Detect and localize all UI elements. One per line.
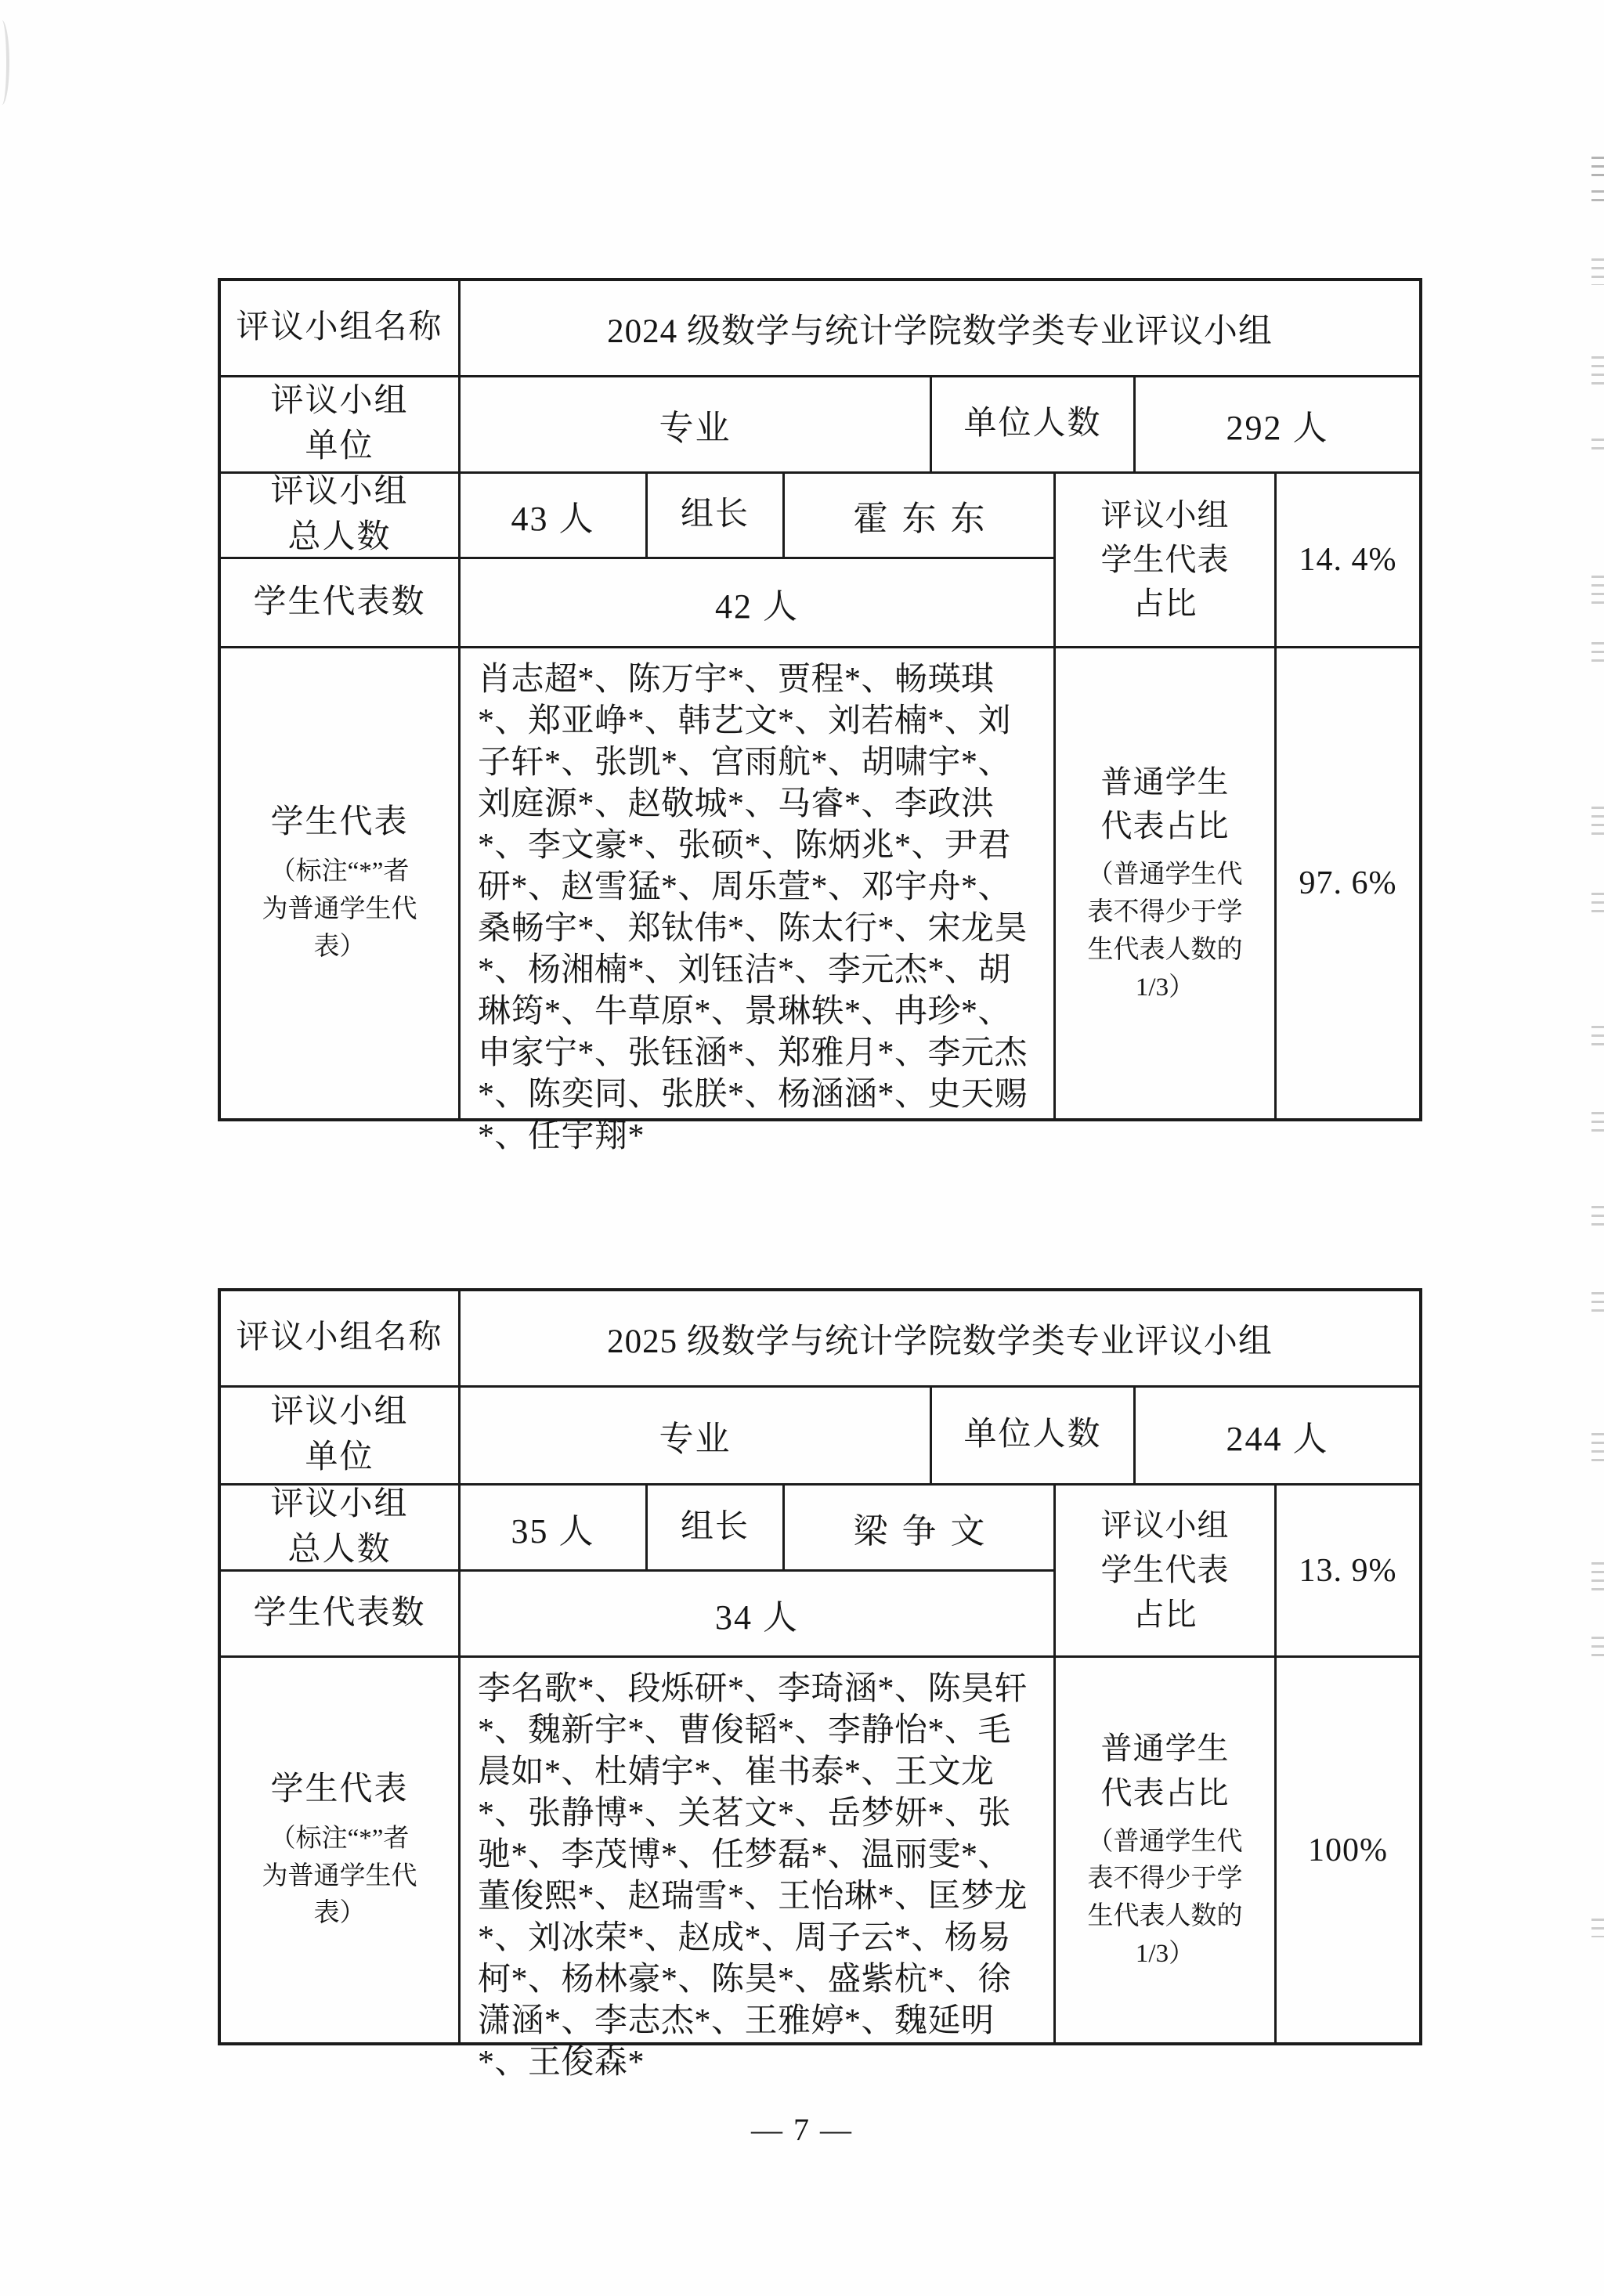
group-total-label: 评议小组 总人数 <box>270 470 408 561</box>
group-total-label-cell: 评议小组 总人数 <box>221 1486 461 1572</box>
leader-label: 组长 <box>681 1505 750 1551</box>
scan-artifact <box>1591 1919 1604 1937</box>
scan-artifact <box>1591 190 1604 204</box>
members-note: （标注“*”者 为普通学生代 表） <box>262 1821 417 1933</box>
rep-count-label-cell: 学生代表数 <box>221 1572 461 1658</box>
ordinary-ratio-value-cell: 97. 6% <box>1277 648 1419 1118</box>
rep-count-value-cell: 34 人 <box>461 1572 1056 1658</box>
ordinary-ratio-label: 普通学生 代表占比 <box>1101 1727 1230 1816</box>
scan-artifact <box>1591 1637 1604 1660</box>
ordinary-ratio-value: 100% <box>1308 1832 1388 1869</box>
members-list-cell: 肖志超*、陈万宇*、贾程*、畅瑛琪*、郑亚峥*、韩艺文*、刘若楠*、刘子轩*、张… <box>461 648 1056 1118</box>
members-label-cell: 学生代表 （标注“*”者 为普通学生代 表） <box>221 648 461 1118</box>
unit-count-label: 单位人数 <box>963 402 1101 447</box>
leader-name: 梁争文 <box>840 1503 999 1553</box>
rep-count-label-cell: 学生代表数 <box>221 559 461 648</box>
rep-count-value-cell: 42 人 <box>461 559 1056 648</box>
scan-artifact <box>1591 642 1604 666</box>
members-list-cell: 李名歌*、段烁研*、李琦涵*、陈昊轩*、魏新宇*、曹俊韬*、李静怡*、毛晨如*、… <box>461 1658 1056 2042</box>
unit-count-label-cell: 单位人数 <box>932 377 1136 474</box>
group-unit-value-cell: 专业 <box>461 377 932 474</box>
group-total-value: 35 人 <box>511 1503 595 1553</box>
rep-count-value: 34 人 <box>715 1589 799 1639</box>
leader-label-cell: 组长 <box>648 474 785 559</box>
leader-name-cell: 霍东东 <box>785 474 1056 559</box>
group-name-label: 评议小组名称 <box>236 305 443 351</box>
rep-ratio-value-cell: 14. 4% <box>1277 474 1419 648</box>
unit-count-value: 292 人 <box>1226 399 1329 449</box>
members-label-cell: 学生代表 （标注“*”者 为普通学生代 表） <box>221 1658 461 2042</box>
rep-count-label: 学生代表数 <box>253 1591 425 1637</box>
scan-artifact <box>1591 893 1604 916</box>
scan-artifact <box>1591 1433 1604 1464</box>
unit-count-value-cell: 244 人 <box>1136 1388 1419 1486</box>
scan-artifact <box>1591 1206 1604 1226</box>
ordinary-ratio-value: 97. 6% <box>1299 865 1397 902</box>
scan-artifact <box>1591 258 1604 285</box>
rep-ratio-label-cell: 评议小组 学生代表 占比 <box>1056 1486 1277 1658</box>
ordinary-ratio-note: （普通学生代 表不得少于学 生代表人数的 1/3） <box>1088 1824 1243 1973</box>
group-total-value: 43 人 <box>511 490 595 540</box>
scan-artifact <box>1591 157 1604 177</box>
ordinary-ratio-value-cell: 100% <box>1277 1658 1419 2042</box>
group-name-value: 2024 级数学与统计学院数学类专业评议小组 <box>607 305 1273 352</box>
members-label: 学生代表 <box>270 1767 408 1813</box>
rep-ratio-value-cell: 13. 9% <box>1277 1486 1419 1658</box>
group-unit-label: 评议小组 单位 <box>270 379 408 470</box>
review-group-table-2025: 评议小组名称 2025 级数学与统计学院数学类专业评议小组 评议小组 单位 专业… <box>218 1288 1422 2045</box>
unit-count-value: 244 人 <box>1226 1410 1329 1460</box>
members-note: （标注“*”者 为普通学生代 表） <box>262 854 417 966</box>
group-total-value-cell: 43 人 <box>461 474 648 559</box>
rep-ratio-label: 评议小组 学生代表 占比 <box>1101 493 1230 626</box>
group-unit-value: 专业 <box>659 1410 732 1460</box>
rep-ratio-value: 13. 9% <box>1299 1552 1397 1590</box>
scan-artifact <box>1591 576 1604 607</box>
group-unit-value-cell: 专业 <box>461 1388 932 1486</box>
ordinary-ratio-label-cell: 普通学生 代表占比 （普通学生代 表不得少于学 生代表人数的 1/3） <box>1056 1658 1277 2042</box>
group-unit-label: 评议小组 单位 <box>270 1390 408 1481</box>
leader-name-cell: 梁争文 <box>785 1486 1056 1572</box>
leader-label: 组长 <box>681 493 750 538</box>
scan-artifact <box>1591 356 1604 388</box>
unit-count-value-cell: 292 人 <box>1136 377 1419 474</box>
group-name-label: 评议小组名称 <box>236 1316 443 1361</box>
group-total-label: 评议小组 总人数 <box>270 1482 408 1573</box>
rep-ratio-label-cell: 评议小组 学生代表 占比 <box>1056 474 1277 648</box>
rep-count-value: 42 人 <box>715 578 799 628</box>
unit-count-label-cell: 单位人数 <box>932 1388 1136 1486</box>
group-total-value-cell: 35 人 <box>461 1486 648 1572</box>
ordinary-ratio-label-cell: 普通学生 代表占比 （普通学生代 表不得少于学 生代表人数的 1/3） <box>1056 648 1277 1118</box>
scan-artifact <box>1591 1026 1604 1048</box>
scan-artifact <box>1591 1292 1604 1316</box>
rep-ratio-value: 14. 4% <box>1299 541 1397 579</box>
rep-count-label: 学生代表数 <box>253 580 425 626</box>
group-unit-value: 专业 <box>659 399 732 449</box>
members-label: 学生代表 <box>270 800 408 846</box>
group-total-label-cell: 评议小组 总人数 <box>221 474 461 559</box>
members-list: 李名歌*、段烁研*、李琦涵*、陈昊轩*、魏新宇*、曹俊韬*、李静怡*、毛晨如*、… <box>461 1658 1053 2084</box>
scan-artifact <box>0 20 9 105</box>
ordinary-ratio-note: （普通学生代 表不得少于学 生代表人数的 1/3） <box>1088 857 1243 1006</box>
review-group-table-2024: 评议小组名称 2024 级数学与统计学院数学类专业评议小组 评议小组 单位 专业… <box>218 278 1422 1121</box>
rep-ratio-label: 评议小组 学生代表 占比 <box>1101 1504 1230 1637</box>
scan-artifact <box>1591 439 1604 454</box>
page-number: — 7 — <box>0 2111 1604 2148</box>
group-unit-label-cell: 评议小组 单位 <box>221 377 461 474</box>
group-name-value-cell: 2024 级数学与统计学院数学类专业评议小组 <box>461 281 1419 377</box>
scan-artifact <box>1591 1562 1604 1597</box>
leader-label-cell: 组长 <box>648 1486 785 1572</box>
unit-count-label: 单位人数 <box>963 1413 1101 1458</box>
group-unit-label-cell: 评议小组 单位 <box>221 1388 461 1486</box>
scan-artifact <box>1591 1112 1604 1135</box>
scan-artifact <box>1591 807 1604 835</box>
group-name-value-cell: 2025 级数学与统计学院数学类专业评议小组 <box>461 1291 1419 1388</box>
group-name-label-cell: 评议小组名称 <box>221 281 461 377</box>
leader-name: 霍东东 <box>840 490 999 540</box>
group-name-value: 2025 级数学与统计学院数学类专业评议小组 <box>607 1315 1273 1363</box>
group-name-label-cell: 评议小组名称 <box>221 1291 461 1388</box>
document-page: 评议小组名称 2024 级数学与统计学院数学类专业评议小组 评议小组 单位 专业… <box>0 0 1604 2296</box>
ordinary-ratio-label: 普通学生 代表占比 <box>1101 760 1230 850</box>
members-list: 肖志超*、陈万宇*、贾程*、畅瑛琪*、郑亚峥*、韩艺文*、刘若楠*、刘子轩*、张… <box>461 648 1053 1157</box>
